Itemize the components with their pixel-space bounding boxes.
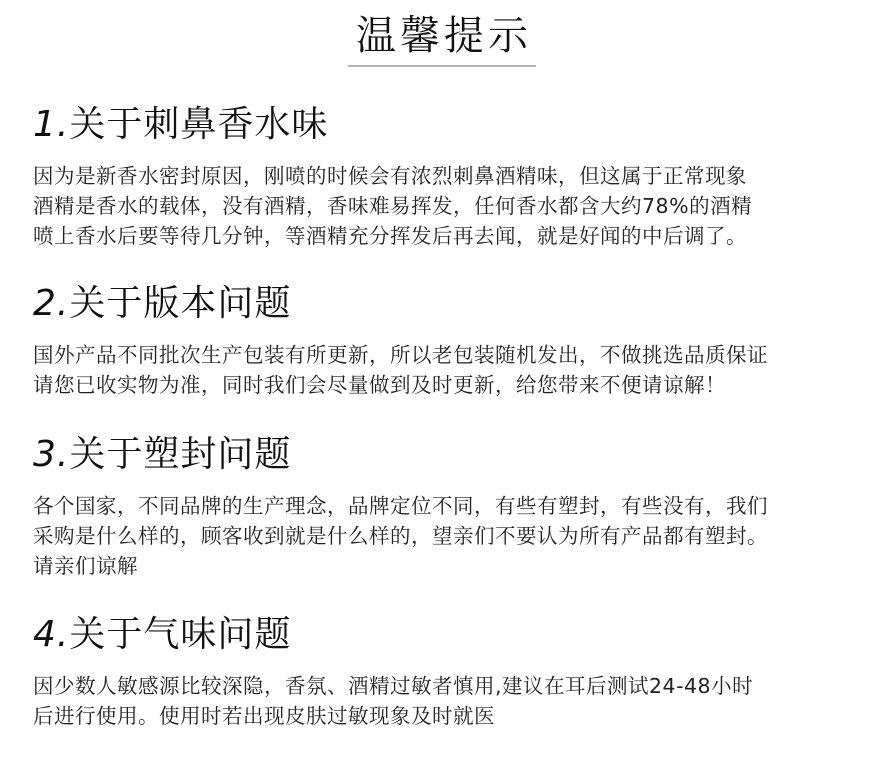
body-line: 各个国家，不同品牌的生产理念，品牌定位不同，有些有塑封，有些没有，我们 [33, 491, 888, 521]
body-line: 后进行使用。使用时若出现皮肤过敏现象及时就医 [33, 701, 888, 731]
body-line: 因少数人敏感源比较深隐，香氛、酒精过敏者慎用,建议在耳后测试24-48小时 [33, 671, 888, 701]
section-heading: 4.关于气味问题 [33, 613, 888, 657]
body-line: 国外产品不同批次生产包装有所更新，所以老包装随机发出，不做挑选品质保证 [33, 340, 888, 370]
body-line: 因为是新香水密封原因，刚喷的时候会有浓烈刺鼻酒精味，但这属于正常现象 [33, 161, 888, 191]
section-body: 各个国家，不同品牌的生产理念，品牌定位不同，有些有塑封，有些没有，我们 采购是什… [33, 491, 888, 581]
body-line: 酒精是香水的载体，没有酒精，香味难易挥发，任何香水都含大约78%的酒精 [33, 191, 888, 221]
section-number: 1. [33, 104, 69, 145]
section-version: 2.关于版本问题 国外产品不同批次生产包装有所更新，所以老包装随机发出，不做挑选… [33, 282, 888, 400]
body-line: 采购是什么样的，顾客收到就是什么样的，望亲们不要认为所有产品都有塑封。 [33, 521, 888, 551]
body-line: 喷上香水后要等待几分钟，等酒精充分挥发后再去闻，就是好闻的中后调了。 [33, 221, 888, 251]
section-title: 关于版本问题 [69, 283, 291, 324]
title-underline [348, 65, 536, 67]
section-title: 关于刺鼻香水味 [69, 104, 328, 145]
section-body: 因为是新香水密封原因，刚喷的时候会有浓烈刺鼻酒精味，但这属于正常现象 酒精是香水… [33, 161, 888, 251]
section-number: 4. [33, 614, 69, 655]
section-shrink-wrap: 3.关于塑封问题 各个国家，不同品牌的生产理念，品牌定位不同，有些有塑封，有些没… [33, 433, 888, 581]
section-heading: 3.关于塑封问题 [33, 433, 888, 477]
section-heading: 1.关于刺鼻香水味 [33, 103, 888, 147]
section-heading: 2.关于版本问题 [33, 282, 888, 326]
section-number: 2. [33, 283, 69, 324]
section-title: 关于塑封问题 [69, 434, 291, 475]
section-title: 关于气味问题 [69, 614, 291, 655]
section-body: 因少数人敏感源比较深隐，香氛、酒精过敏者慎用,建议在耳后测试24-48小时 后进… [33, 671, 888, 731]
page-title: 温馨提示 [0, 10, 888, 62]
body-line: 请亲们谅解 [33, 551, 888, 581]
section-body: 国外产品不同批次生产包装有所更新，所以老包装随机发出，不做挑选品质保证 请您已收… [33, 340, 888, 400]
section-perfume-smell: 1.关于刺鼻香水味 因为是新香水密封原因，刚喷的时候会有浓烈刺鼻酒精味，但这属于… [33, 103, 888, 251]
section-number: 3. [33, 434, 69, 475]
body-line: 请您已收实物为准，同时我们会尽量做到及时更新，给您带来不便请谅解！ [33, 370, 888, 400]
section-scent: 4.关于气味问题 因少数人敏感源比较深隐，香氛、酒精过敏者慎用,建议在耳后测试2… [33, 613, 888, 731]
